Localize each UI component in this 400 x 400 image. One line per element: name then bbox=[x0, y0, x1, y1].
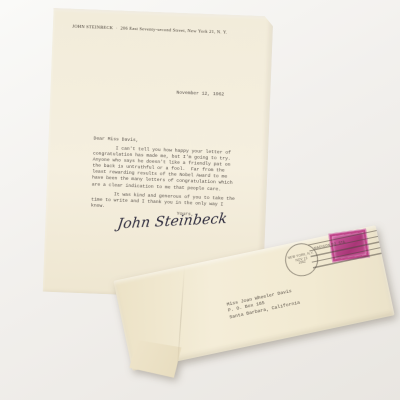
letter-paragraph-1: I can't tell you how happy your letter o… bbox=[92, 146, 240, 194]
letter-date: November 12, 1962 bbox=[176, 91, 224, 98]
crease-line bbox=[177, 266, 185, 370]
postmark-year: 1962 bbox=[298, 261, 306, 266]
envelope-address: Miss Joan Wheeler Davis P. O. Box 185 Sa… bbox=[226, 288, 300, 321]
letterhead: JOHN STEINBECK · 206 East Seventy-second… bbox=[40, 22, 260, 35]
letter-salutation: Dear Miss Davis, bbox=[93, 137, 138, 144]
cancellation-lines bbox=[308, 230, 382, 269]
signature: John Steinbeck bbox=[116, 211, 228, 232]
torn-flap bbox=[127, 335, 185, 384]
photo-background: JOHN STEINBECK · 206 East Seventy-second… bbox=[0, 0, 400, 400]
